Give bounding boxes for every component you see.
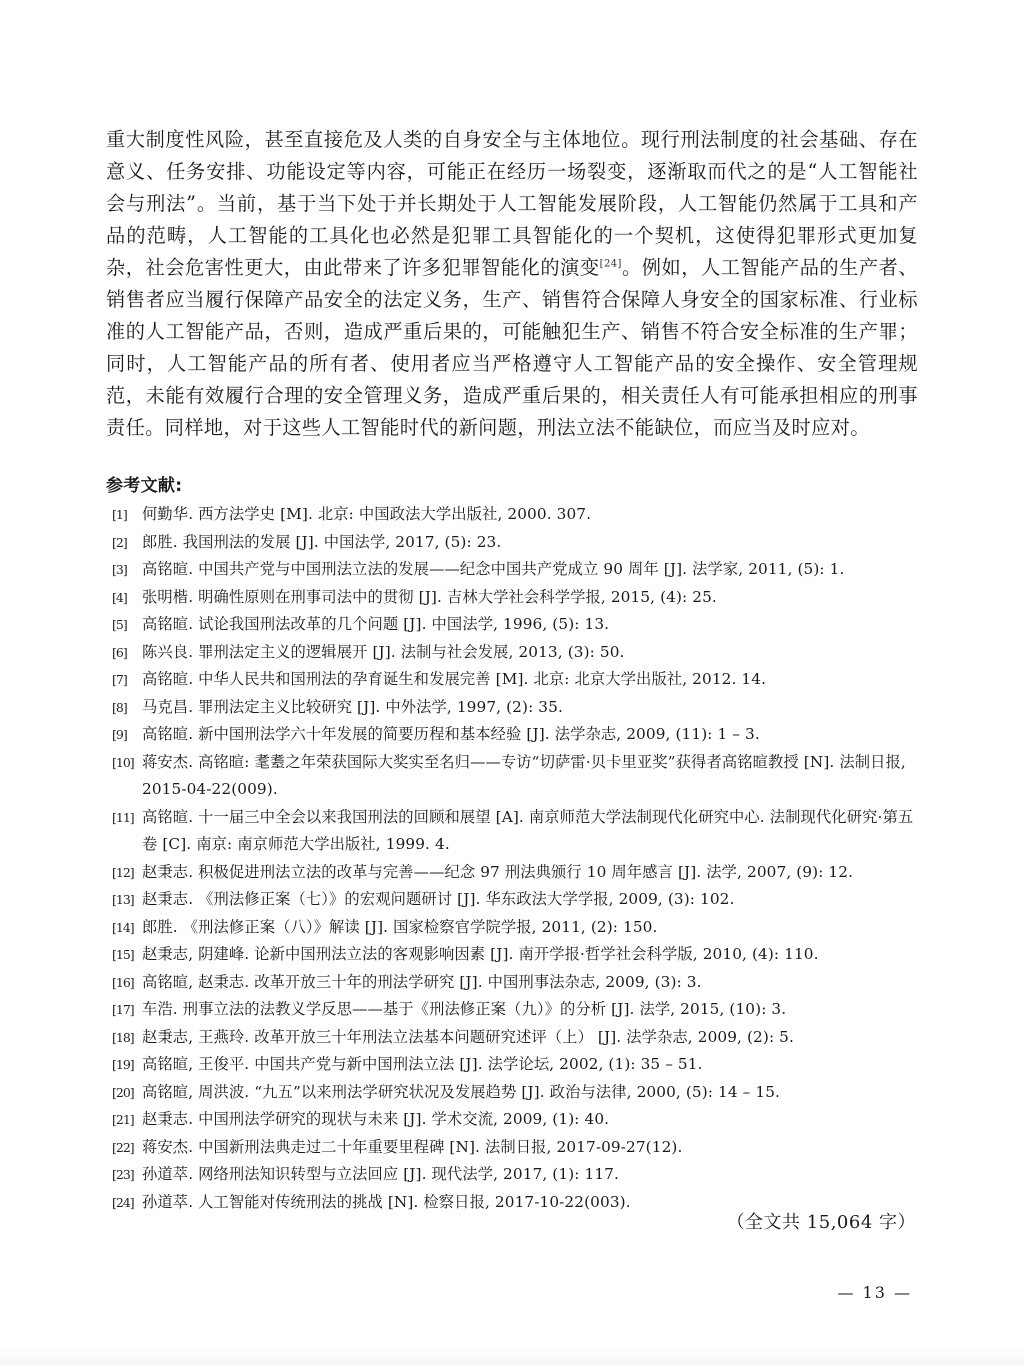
reference-number: [17] — [112, 996, 134, 1024]
reference-number: [2] — [112, 529, 127, 557]
reference-text: 赵秉志, 王燕玲. 改革开放三十年刑法立法基本问题研究述评（上） [J]. 法学… — [142, 1028, 794, 1046]
reference-text: 赵秉志. 中国刑法学研究的现状与未来 [J]. 学术交流, 2009, (1):… — [142, 1110, 609, 1128]
reference-number: [13] — [112, 886, 134, 914]
reference-number: [14] — [112, 914, 134, 942]
reference-number: [19] — [112, 1051, 134, 1079]
reference-number: [5] — [112, 611, 127, 639]
reference-item: [9]高铭暄. 新中国刑法学六十年发展的简要历程和基本经验 [J]. 法学杂志,… — [106, 721, 918, 749]
reference-item: [1]何勤华. 西方法学史 [M]. 北京: 中国政法大学出版社, 2000. … — [106, 501, 918, 529]
reference-number: [12] — [112, 859, 134, 887]
reference-number: [24] — [112, 1189, 134, 1217]
reference-text: 高铭暄, 王俊平. 中国共产党与新中国刑法立法 [J]. 法学论坛, 2002,… — [142, 1055, 703, 1073]
reference-text: 赵秉志. 积极促进刑法立法的改革与完善——纪念 97 刑法典颁行 10 周年感言… — [142, 863, 853, 881]
page-number: — 13 — — [837, 1283, 912, 1302]
reference-number: [21] — [112, 1106, 134, 1134]
reference-item: [23]孙道萃. 网络刑法知识转型与立法回应 [J]. 现代法学, 2017, … — [106, 1161, 918, 1189]
reference-text: 郎胜. 我国刑法的发展 [J]. 中国法学, 2017, (5): 23. — [142, 533, 501, 551]
reference-number: [18] — [112, 1024, 134, 1052]
reference-text: 赵秉志. 《刑法修正案（七）》的宏观问题研讨 [J]. 华东政法大学学报, 20… — [142, 890, 734, 908]
total-word-count: （全文共 15,064 字） — [727, 1208, 916, 1234]
reference-item: [5]高铭暄. 试论我国刑法改革的几个问题 [J]. 中国法学, 1996, (… — [106, 611, 918, 639]
reference-text: 何勤华. 西方法学史 [M]. 北京: 中国政法大学出版社, 2000. 307… — [142, 505, 591, 523]
reference-number: [10] — [112, 749, 134, 777]
reference-number: [7] — [112, 666, 127, 694]
reference-item: [22]蒋安杰. 中国新刑法典走过二十年重要里程碑 [N]. 法制日报, 201… — [106, 1134, 918, 1162]
reference-number: [15] — [112, 941, 134, 969]
reference-item: [18]赵秉志, 王燕玲. 改革开放三十年刑法立法基本问题研究述评（上） [J]… — [106, 1024, 918, 1052]
paragraph-text-part-2: 。例如，人工智能产品的生产者、销售者应当履行保障产品安全的法定义务，生产、销售符… — [106, 256, 918, 439]
reference-number: [16] — [112, 969, 134, 997]
reference-text: 高铭暄. 中国共产党与中国刑法立法的发展——纪念中国共产党成立 90 周年 [J… — [142, 560, 844, 578]
reference-item: [20]高铭暄, 周洪波. “九五”以来刑法学研究状况及发展趋势 [J]. 政治… — [106, 1079, 918, 1107]
reference-item: [15]赵秉志, 阴建峰. 论新中国刑法立法的客观影响因素 [J]. 南开学报·… — [106, 941, 918, 969]
reference-text: 郎胜. 《刑法修正案（八）》解读 [J]. 国家检察官学院学报, 2011, (… — [142, 918, 657, 936]
reference-item: [17]车浩. 刑事立法的法教义学反思——基于《刑法修正案（九）》的分析 [J]… — [106, 996, 918, 1024]
reference-text: 陈兴良. 罪刑法定主义的逻辑展开 [J]. 法制与社会发展, 2013, (3)… — [142, 643, 625, 661]
reference-item: [14]郎胜. 《刑法修正案（八）》解读 [J]. 国家检察官学院学报, 201… — [106, 914, 918, 942]
reference-text: 高铭暄, 周洪波. “九五”以来刑法学研究状况及发展趋势 [J]. 政治与法律,… — [142, 1083, 780, 1101]
reference-text: 高铭暄. 试论我国刑法改革的几个问题 [J]. 中国法学, 1996, (5):… — [142, 615, 609, 633]
reference-number: [8] — [112, 694, 127, 722]
reference-text: 马克昌. 罪刑法定主义比较研究 [J]. 中外法学, 1997, (2): 35… — [142, 698, 563, 716]
reference-number: [4] — [112, 584, 127, 612]
reference-item: [11]高铭暄. 十一届三中全会以来我国刑法的回顾和展望 [A]. 南京师范大学… — [106, 804, 918, 859]
reference-text: 高铭暄, 赵秉志. 改革开放三十年的刑法学研究 [J]. 中国刑事法杂志, 20… — [142, 973, 702, 991]
reference-number: [6] — [112, 639, 127, 667]
reference-item: [8]马克昌. 罪刑法定主义比较研究 [J]. 中外法学, 1997, (2):… — [106, 694, 918, 722]
reference-item: [10]蒋安杰. 高铭暄: 耄耋之年荣获国际大奖实至名归——专访“切萨雷·贝卡里… — [106, 749, 918, 804]
reference-item: [19]高铭暄, 王俊平. 中国共产党与新中国刑法立法 [J]. 法学论坛, 2… — [106, 1051, 918, 1079]
reference-text: 赵秉志, 阴建峰. 论新中国刑法立法的客观影响因素 [J]. 南开学报·哲学社会… — [142, 945, 819, 963]
reference-number: [23] — [112, 1161, 134, 1189]
reference-item: [21]赵秉志. 中国刑法学研究的现状与未来 [J]. 学术交流, 2009, … — [106, 1106, 918, 1134]
reference-text: 车浩. 刑事立法的法教义学反思——基于《刑法修正案（九）》的分析 [J]. 法学… — [142, 1000, 786, 1018]
reference-number: [1] — [112, 501, 127, 529]
reference-number: [3] — [112, 556, 127, 584]
references-list: [1]何勤华. 西方法学史 [M]. 北京: 中国政法大学出版社, 2000. … — [106, 501, 918, 1216]
reference-text: 张明楷. 明确性原则在刑事司法中的贯彻 [J]. 吉林大学社会科学学报, 201… — [142, 588, 717, 606]
reference-item: [13]赵秉志. 《刑法修正案（七）》的宏观问题研讨 [J]. 华东政法大学学报… — [106, 886, 918, 914]
page-content: 重大制度性风险，甚至直接危及人类的自身安全与主体地位。现行刑法制度的社会基础、存… — [106, 124, 918, 1216]
reference-item: [12]赵秉志. 积极促进刑法立法的改革与完善——纪念 97 刑法典颁行 10 … — [106, 859, 918, 887]
reference-text: 孙道萃. 网络刑法知识转型与立法回应 [J]. 现代法学, 2017, (1):… — [142, 1165, 619, 1183]
reference-item: [3]高铭暄. 中国共产党与中国刑法立法的发展——纪念中国共产党成立 90 周年… — [106, 556, 918, 584]
reference-item: [16]高铭暄, 赵秉志. 改革开放三十年的刑法学研究 [J]. 中国刑事法杂志… — [106, 969, 918, 997]
reference-text: 蒋安杰. 高铭暄: 耄耋之年荣获国际大奖实至名归——专访“切萨雷·贝卡里亚奖”获… — [142, 753, 906, 799]
reference-number: [20] — [112, 1079, 134, 1107]
reference-number: [11] — [112, 804, 134, 832]
references-heading: 参考文献: — [106, 474, 918, 498]
reference-item: [6]陈兴良. 罪刑法定主义的逻辑展开 [J]. 法制与社会发展, 2013, … — [106, 639, 918, 667]
reference-item: [4]张明楷. 明确性原则在刑事司法中的贯彻 [J]. 吉林大学社会科学学报, … — [106, 584, 918, 612]
reference-text: 高铭暄. 十一届三中全会以来我国刑法的回顾和展望 [A]. 南京师范大学法制现代… — [142, 808, 913, 854]
body-paragraph: 重大制度性风险，甚至直接危及人类的自身安全与主体地位。现行刑法制度的社会基础、存… — [106, 124, 918, 444]
citation-superscript: [24] — [600, 259, 622, 270]
page-bottom-edge — [0, 1347, 1024, 1365]
reference-text: 孙道萃. 人工智能对传统刑法的挑战 [N]. 检察日报, 2017-10-22(… — [142, 1193, 631, 1211]
reference-number: [22] — [112, 1134, 134, 1162]
reference-text: 高铭暄. 新中国刑法学六十年发展的简要历程和基本经验 [J]. 法学杂志, 20… — [142, 725, 760, 743]
reference-number: [9] — [112, 721, 127, 749]
reference-item: [7]高铭暄. 中华人民共和国刑法的孕育诞生和发展完善 [M]. 北京: 北京大… — [106, 666, 918, 694]
reference-text: 蒋安杰. 中国新刑法典走过二十年重要里程碑 [N]. 法制日报, 2017-09… — [142, 1138, 682, 1156]
reference-item: [2]郎胜. 我国刑法的发展 [J]. 中国法学, 2017, (5): 23. — [106, 529, 918, 557]
reference-text: 高铭暄. 中华人民共和国刑法的孕育诞生和发展完善 [M]. 北京: 北京大学出版… — [142, 670, 766, 688]
